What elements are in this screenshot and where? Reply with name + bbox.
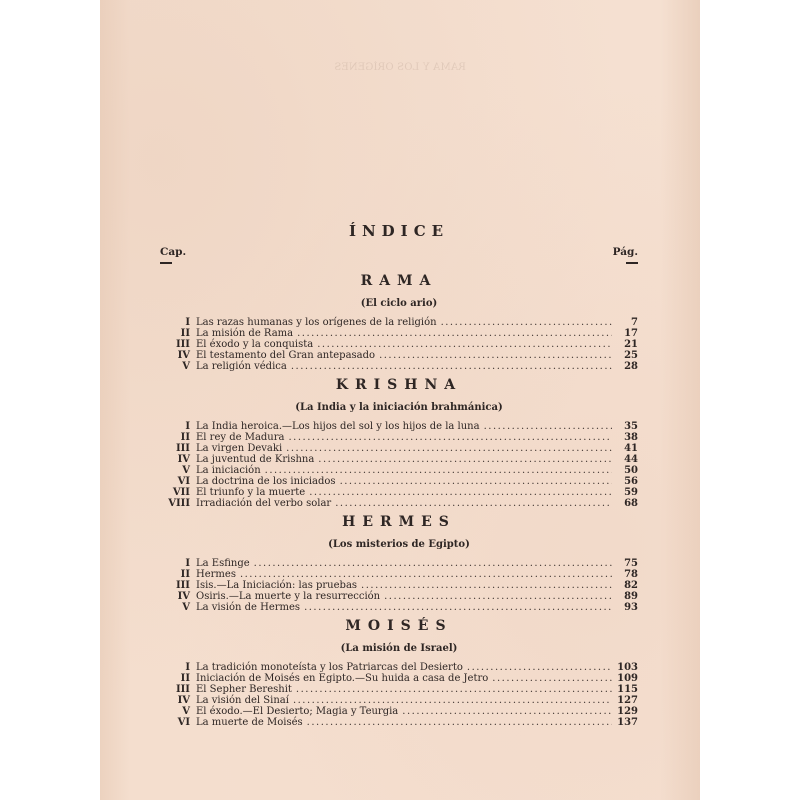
- page-number: 44: [616, 454, 638, 465]
- toc-entry: III El Sepher Bereshit 115: [160, 684, 638, 695]
- page-number: 127: [616, 695, 638, 706]
- dot-leader: [265, 465, 612, 476]
- chapter-number: IV: [160, 695, 196, 706]
- dot-leader: [296, 684, 612, 695]
- chapter-number: V: [160, 706, 196, 717]
- section-subtitle: (Los misterios de Egipto): [160, 537, 638, 553]
- toc-entry: I La India heroica.—Los hijos del sol y …: [160, 421, 638, 432]
- toc-entry: VIII Irradiación del verbo solar 68: [160, 498, 638, 509]
- entry-list: I La India heroica.—Los hijos del sol y …: [160, 421, 638, 509]
- chapter-title: Iniciación de Moisés en Egipto.—Su huida…: [196, 673, 488, 684]
- book-page: RAMA Y LOS ORÍGENES ÍNDICE Cap. Pág. RAM…: [100, 0, 700, 800]
- chapter-number: I: [160, 421, 196, 432]
- page-column-header: Pág.: [613, 246, 638, 260]
- chapter-dash: [160, 262, 172, 264]
- toc-entry: VI La muerte de Moisés 137: [160, 717, 638, 728]
- table-of-contents: ÍNDICE Cap. Pág. RAMA (El ciclo ario) I …: [160, 222, 638, 730]
- dot-leader: [286, 443, 612, 454]
- toc-entry: II Hermes 78: [160, 569, 638, 580]
- entry-list: I Las razas humanas y los orígenes de la…: [160, 317, 638, 372]
- chapter-number: V: [160, 602, 196, 613]
- chapter-title: El Sepher Bereshit: [196, 684, 292, 695]
- chapter-number: III: [160, 443, 196, 454]
- chapter-title: La tradición monoteísta y los Patriarcas…: [196, 662, 463, 673]
- dot-leader: [240, 569, 612, 580]
- chapter-title: Las razas humanas y los orígenes de la r…: [196, 317, 437, 328]
- page-number: 109: [616, 673, 638, 684]
- chapter-number: III: [160, 580, 196, 591]
- toc-entry: I Las razas humanas y los orígenes de la…: [160, 317, 638, 328]
- dot-leader: [289, 432, 613, 443]
- entry-list: I La tradición monoteísta y los Patriarc…: [160, 662, 638, 728]
- toc-entry: VI La doctrina de los iniciados 56: [160, 476, 638, 487]
- chapter-column-header: Cap.: [160, 246, 186, 260]
- toc-entry: IV La juventud de Krishna 44: [160, 454, 638, 465]
- page-dash: [626, 262, 638, 264]
- dot-leader: [384, 591, 612, 602]
- page-number: 59: [616, 487, 638, 498]
- dot-leader: [402, 706, 612, 717]
- toc-entry: IV La visión del Sinaí 127: [160, 695, 638, 706]
- dot-leader: [379, 350, 612, 361]
- chapter-number: I: [160, 317, 196, 328]
- page-number: 41: [616, 443, 638, 454]
- chapter-number: III: [160, 684, 196, 695]
- header-dashes: [160, 260, 638, 268]
- page-number: 38: [616, 432, 638, 443]
- dot-leader: [254, 558, 612, 569]
- page-number: 50: [616, 465, 638, 476]
- page-number: 137: [616, 717, 638, 728]
- toc-section-rama: RAMA (El ciclo ario) I Las razas humanas…: [160, 270, 638, 372]
- dot-leader: [307, 717, 612, 728]
- chapter-number: VI: [160, 717, 196, 728]
- chapter-title: La India heroica.—Los hijos del sol y lo…: [196, 421, 480, 432]
- page-number: 25: [616, 350, 638, 361]
- toc-entry: V El éxodo.—El Desierto; Magia y Teurgia…: [160, 706, 638, 717]
- chapter-number: IV: [160, 454, 196, 465]
- dot-leader: [340, 476, 612, 487]
- dot-leader: [304, 602, 612, 613]
- chapter-number: II: [160, 432, 196, 443]
- toc-entry: III La virgen Devaki 41: [160, 443, 638, 454]
- chapter-title: Osiris.—La muerte y la resurrección: [196, 591, 380, 602]
- chapter-title: El triunfo y la muerte: [196, 487, 305, 498]
- chapter-number: II: [160, 569, 196, 580]
- toc-entry: III El éxodo y la conquista 21: [160, 339, 638, 350]
- page-number: 93: [616, 602, 638, 613]
- dot-leader: [291, 361, 612, 372]
- chapter-title: Hermes: [196, 569, 236, 580]
- chapter-title: La iniciación: [196, 465, 261, 476]
- chapter-title: La misión de Rama: [196, 328, 293, 339]
- chapter-number: VII: [160, 487, 196, 498]
- chapter-title: Irradiación del verbo solar: [196, 498, 331, 509]
- toc-entry: II Iniciación de Moisés en Egipto.—Su hu…: [160, 673, 638, 684]
- dot-leader: [297, 328, 612, 339]
- toc-section-krishna: KRISHNA (La India y la iniciación brahmá…: [160, 374, 638, 509]
- toc-entry: I La tradición monoteísta y los Patriarc…: [160, 662, 638, 673]
- chapter-number: IV: [160, 350, 196, 361]
- chapter-number: III: [160, 339, 196, 350]
- section-title: MOISÉS: [160, 615, 638, 637]
- chapter-title: La muerte de Moisés: [196, 717, 303, 728]
- page-number: 35: [616, 421, 638, 432]
- chapter-title: El éxodo y la conquista: [196, 339, 313, 350]
- chapter-title: El éxodo.—El Desierto; Magia y Teurgia: [196, 706, 398, 717]
- toc-entry: II El rey de Madura 38: [160, 432, 638, 443]
- page-number: 17: [616, 328, 638, 339]
- toc-entry: IV Osiris.—La muerte y la resurrección 8…: [160, 591, 638, 602]
- dot-leader: [361, 580, 612, 591]
- page-number: 7: [616, 317, 638, 328]
- chapter-title: La doctrina de los iniciados: [196, 476, 336, 487]
- toc-entry: V La visión de Hermes 93: [160, 602, 638, 613]
- chapter-title: La Esfinge: [196, 558, 250, 569]
- sections-container: RAMA (El ciclo ario) I Las razas humanas…: [160, 270, 638, 728]
- chapter-title: La juventud de Krishna: [196, 454, 314, 465]
- chapter-title: La visión del Sinaí: [196, 695, 289, 706]
- bleed-through-header: RAMA Y LOS ORÍGENES: [100, 62, 700, 74]
- chapter-title: La religión védica: [196, 361, 287, 372]
- chapter-number: I: [160, 558, 196, 569]
- toc-entry: II La misión de Rama 17: [160, 328, 638, 339]
- chapter-title: El testamento del Gran antepasado: [196, 350, 375, 361]
- dot-leader: [317, 339, 612, 350]
- index-title: ÍNDICE: [160, 222, 638, 240]
- chapter-title: Isis.—La Iniciación: las pruebas: [196, 580, 357, 591]
- section-subtitle: (El ciclo ario): [160, 296, 638, 312]
- toc-section-moises: MOISÉS (La misión de Israel) I La tradic…: [160, 615, 638, 728]
- toc-entry: V La religión védica 28: [160, 361, 638, 372]
- dot-leader: [467, 662, 612, 673]
- toc-entry: V La iniciación 50: [160, 465, 638, 476]
- toc-entry: I La Esfinge 75: [160, 558, 638, 569]
- chapter-number: VI: [160, 476, 196, 487]
- dot-leader: [293, 695, 612, 706]
- page-number: 78: [616, 569, 638, 580]
- page-number: 115: [616, 684, 638, 695]
- section-subtitle: (La India y la iniciación brahmánica): [160, 400, 638, 416]
- page-number: 21: [616, 339, 638, 350]
- toc-section-hermes: HERMES (Los misterios de Egipto) I La Es…: [160, 511, 638, 613]
- page-number: 56: [616, 476, 638, 487]
- chapter-number: II: [160, 328, 196, 339]
- page-number: 28: [616, 361, 638, 372]
- page-number: 129: [616, 706, 638, 717]
- page-number: 75: [616, 558, 638, 569]
- chapter-title: La visión de Hermes: [196, 602, 300, 613]
- toc-entry: III Isis.—La Iniciación: las pruebas 82: [160, 580, 638, 591]
- chapter-title: El rey de Madura: [196, 432, 285, 443]
- chapter-number: I: [160, 662, 196, 673]
- toc-entry: IV El testamento del Gran antepasado 25: [160, 350, 638, 361]
- dot-leader: [318, 454, 612, 465]
- page-number: 82: [616, 580, 638, 591]
- page-number: 89: [616, 591, 638, 602]
- section-title: HERMES: [160, 511, 638, 533]
- page-number: 103: [616, 662, 638, 673]
- chapter-number: IV: [160, 591, 196, 602]
- dot-leader: [441, 317, 612, 328]
- dot-leader: [335, 498, 612, 509]
- chapter-number: II: [160, 673, 196, 684]
- section-title: RAMA: [160, 270, 638, 292]
- dot-leader: [484, 421, 612, 432]
- chapter-number: V: [160, 465, 196, 476]
- chapter-number: VIII: [160, 498, 196, 509]
- chapter-number: V: [160, 361, 196, 372]
- toc-entry: VII El triunfo y la muerte 59: [160, 487, 638, 498]
- section-subtitle: (La misión de Israel): [160, 641, 638, 657]
- dot-leader: [309, 487, 612, 498]
- column-headers: Cap. Pág.: [160, 246, 638, 260]
- entry-list: I La Esfinge 75 II Hermes 78 III Isis.—L…: [160, 558, 638, 613]
- section-title: KRISHNA: [160, 374, 638, 396]
- page-number: 68: [616, 498, 638, 509]
- dot-leader: [492, 673, 612, 684]
- chapter-title: La virgen Devaki: [196, 443, 282, 454]
